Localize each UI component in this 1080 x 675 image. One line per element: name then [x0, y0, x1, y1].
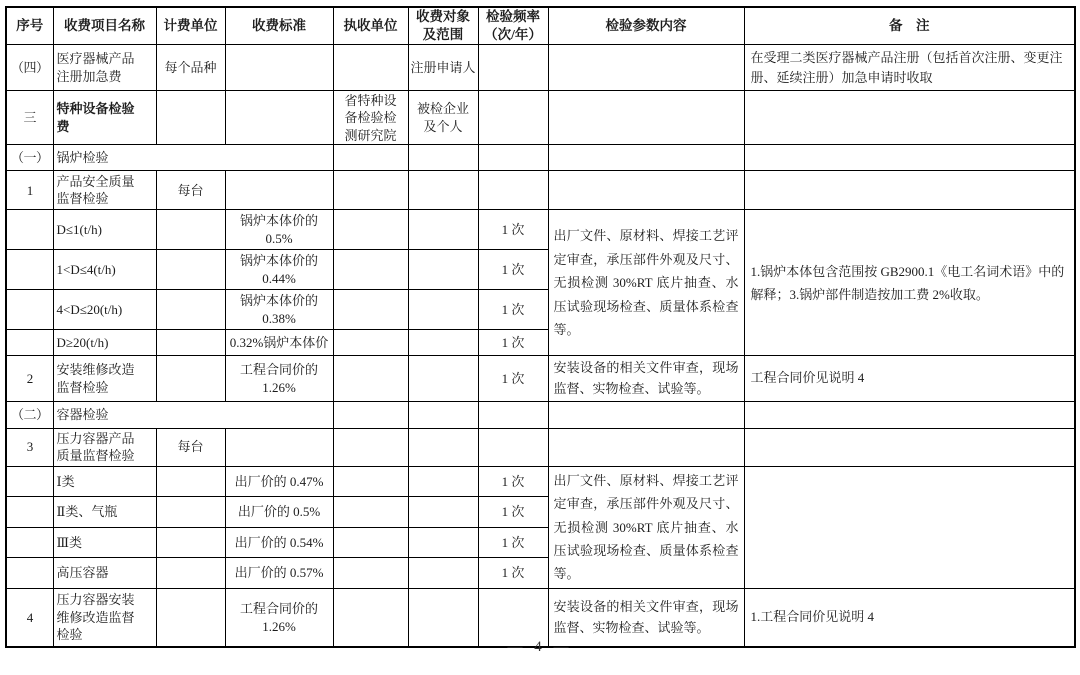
cell-standard: 锅炉本体价的 0.44% [225, 250, 333, 290]
header-freq: 检验频率 （次/年） [478, 7, 548, 45]
cell-freq [478, 45, 548, 91]
cell-name: 压力容器产品 质量监督检验 [53, 428, 156, 466]
cell-payer [408, 558, 478, 589]
cell-no: （二） [6, 401, 53, 428]
header-name: 收费项目名称 [53, 7, 156, 45]
cell-collector [333, 210, 408, 250]
cell-freq: 1 次 [478, 356, 548, 401]
header-row: 序号 收费项目名称 计费单位 收费标准 执收单位 收费对象 及范围 检验频率 （… [6, 7, 1075, 45]
cell-standard [225, 171, 333, 210]
cell-freq: 1 次 [478, 250, 548, 290]
header-collector: 执收单位 [333, 7, 408, 45]
cell-remark: 工程合同价见说明 4 [744, 356, 1075, 401]
cell-collector [333, 290, 408, 330]
cell-params [548, 45, 744, 91]
table-row: Ⅰ类 出厂价的 0.47% 1 次 出厂文件、原材料、焊接工艺评定审查，承压部件… [6, 466, 1075, 496]
cell-params [548, 401, 744, 428]
cell-collector [333, 330, 408, 356]
cell-collector [333, 171, 408, 210]
cell-no: （四） [6, 45, 53, 91]
cell-standard: 出厂价的 0.57% [225, 558, 333, 589]
cell-name: 医疗器械产品 注册加急费 [53, 45, 156, 91]
cell-unit [156, 558, 225, 589]
document-page: 序号 收费项目名称 计费单位 收费标准 执收单位 收费对象 及范围 检验频率 （… [0, 0, 1080, 675]
cell-standard: 出厂价的 0.47% [225, 466, 333, 496]
table-row: （一） 锅炉检验 [6, 145, 1075, 171]
table-row: （二） 容器检验 [6, 401, 1075, 428]
cell-freq: 1 次 [478, 558, 548, 589]
cell-no [6, 250, 53, 290]
cell-payer [408, 210, 478, 250]
cell-name: 1<D≤4(t/h) [53, 250, 156, 290]
table-row: 三 特种设备检验 费 省特种设 备检验检 测研究院 被检企业 及个人 [6, 91, 1075, 145]
cell-standard: 锅炉本体价的 0.38% [225, 290, 333, 330]
cell-name: 产品安全质量 监督检验 [53, 171, 156, 210]
cell-payer [408, 497, 478, 527]
cell-collector [333, 558, 408, 589]
cell-params [548, 428, 744, 466]
page-number: — 4 — [0, 639, 1080, 656]
cell-remark: 在受理二类医疗器械产品注册（包括首次注册、变更注册、延续注册）加急申请时收取 [744, 45, 1075, 91]
cell-params: 出厂文件、原材料、焊接工艺评定审查，承压部件外观及尺寸、无损检测 30%RT 底… [548, 210, 744, 356]
cell-unit: 每台 [156, 171, 225, 210]
cell-name: 特种设备检验 费 [53, 91, 156, 145]
cell-name: D≤1(t/h) [53, 210, 156, 250]
header-unit: 计费单位 [156, 7, 225, 45]
table-row: 1 产品安全质量 监督检验 每台 [6, 171, 1075, 210]
cell-collector [333, 466, 408, 496]
cell-collector: 省特种设 备检验检 测研究院 [333, 91, 408, 145]
cell-payer [408, 527, 478, 557]
cell-standard: 0.32%锅炉本体价 [225, 330, 333, 356]
cell-unit [156, 527, 225, 557]
cell-collector [333, 497, 408, 527]
cell-standard: 锅炉本体价的 0.5% [225, 210, 333, 250]
cell-no [6, 497, 53, 527]
cell-standard: 出厂价的 0.54% [225, 527, 333, 557]
header-params: 检验参数内容 [548, 7, 744, 45]
cell-freq: 1 次 [478, 210, 548, 250]
cell-collector [333, 45, 408, 91]
header-no: 序号 [6, 7, 53, 45]
cell-freq: 1 次 [478, 290, 548, 330]
cell-unit [156, 356, 225, 401]
table-row: D≤1(t/h) 锅炉本体价的 0.5% 1 次 出厂文件、原材料、焊接工艺评定… [6, 210, 1075, 250]
cell-standard: 工程合同价的 1.26% [225, 356, 333, 401]
cell-freq: 1 次 [478, 497, 548, 527]
cell-standard [225, 428, 333, 466]
cell-remark [744, 91, 1075, 145]
cell-name: 4<D≤20(t/h) [53, 290, 156, 330]
cell-freq [478, 145, 548, 171]
header-remarks: 备 注 [744, 7, 1075, 45]
cell-unit: 每台 [156, 428, 225, 466]
table-row: （四） 医疗器械产品 注册加急费 每个品种 注册申请人 在受理二类医疗器械产品注… [6, 45, 1075, 91]
cell-unit [156, 91, 225, 145]
cell-no [6, 558, 53, 589]
cell-collector [333, 250, 408, 290]
cell-payer [408, 356, 478, 401]
cell-params [548, 145, 744, 171]
cell-remark [744, 428, 1075, 466]
cell-no: 2 [6, 356, 53, 401]
cell-name: 安装维修改造 监督检验 [53, 356, 156, 401]
cell-params: 安装设备的相关文件审查，现场监督、实物检查、试验等。 [548, 356, 744, 401]
cell-collector [333, 527, 408, 557]
cell-name: Ⅰ类 [53, 466, 156, 496]
cell-freq [478, 401, 548, 428]
cell-no [6, 290, 53, 330]
cell-unit [156, 466, 225, 496]
cell-collector [333, 401, 408, 428]
cell-remark [744, 171, 1075, 210]
cell-payer [408, 290, 478, 330]
cell-payer [408, 145, 478, 171]
table-row: 3 压力容器产品 质量监督检验 每台 [6, 428, 1075, 466]
cell-no: 三 [6, 91, 53, 145]
cell-payer [408, 466, 478, 496]
cell-name: Ⅲ类 [53, 527, 156, 557]
cell-remark: 1.锅炉本体包含范围按 GB2900.1《电工名词术语》中的解释；3.锅炉部件制… [744, 210, 1075, 356]
cell-unit: 每个品种 [156, 45, 225, 91]
cell-payer [408, 250, 478, 290]
cell-no: （一） [6, 145, 53, 171]
cell-standard: 出厂价的 0.5% [225, 497, 333, 527]
cell-unit [156, 210, 225, 250]
cell-payer [408, 428, 478, 466]
cell-payer [408, 171, 478, 210]
fee-table: 序号 收费项目名称 计费单位 收费标准 执收单位 收费对象 及范围 检验频率 （… [5, 6, 1076, 648]
cell-freq: 1 次 [478, 527, 548, 557]
cell-no: 3 [6, 428, 53, 466]
cell-freq [478, 171, 548, 210]
cell-remark [744, 145, 1075, 171]
cell-unit [156, 497, 225, 527]
cell-no [6, 210, 53, 250]
cell-payer: 被检企业 及个人 [408, 91, 478, 145]
cell-name: 高压容器 [53, 558, 156, 589]
cell-collector [333, 145, 408, 171]
cell-name: Ⅱ类、气瓶 [53, 497, 156, 527]
cell-name: D≥20(t/h) [53, 330, 156, 356]
cell-freq: 1 次 [478, 330, 548, 356]
header-standard: 收费标准 [225, 7, 333, 45]
cell-payer: 注册申请人 [408, 45, 478, 91]
cell-params [548, 171, 744, 210]
cell-unit [156, 330, 225, 356]
cell-no [6, 466, 53, 496]
cell-unit [156, 250, 225, 290]
cell-params [548, 91, 744, 145]
cell-remark [744, 401, 1075, 428]
cell-collector [333, 356, 408, 401]
table-row: 2 安装维修改造 监督检验 工程合同价的 1.26% 1 次 安装设备的相关文件… [6, 356, 1075, 401]
cell-freq [478, 91, 548, 145]
cell-name: 容器检验 [53, 401, 333, 428]
cell-payer [408, 330, 478, 356]
cell-no [6, 527, 53, 557]
cell-remark [744, 466, 1075, 588]
cell-params: 出厂文件、原材料、焊接工艺评定审查，承压部件外观及尺寸、无损检测 30%RT 底… [548, 466, 744, 588]
cell-collector [333, 428, 408, 466]
cell-freq [478, 428, 548, 466]
cell-standard [225, 45, 333, 91]
cell-payer [408, 401, 478, 428]
cell-name: 锅炉检验 [53, 145, 333, 171]
cell-no: 1 [6, 171, 53, 210]
header-payer: 收费对象 及范围 [408, 7, 478, 45]
cell-unit [156, 290, 225, 330]
cell-freq: 1 次 [478, 466, 548, 496]
cell-standard [225, 91, 333, 145]
cell-no [6, 330, 53, 356]
